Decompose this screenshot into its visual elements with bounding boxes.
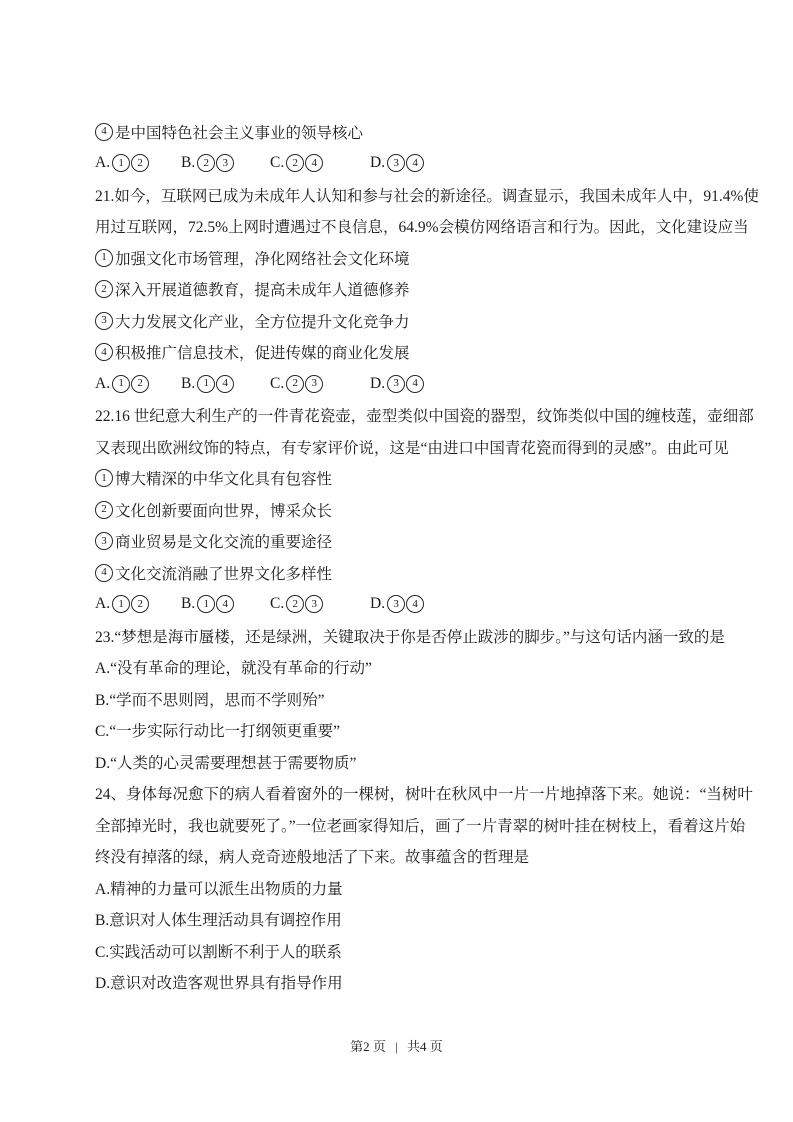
statement-text: 博大精深的中华文化具有包容性 <box>115 467 332 489</box>
statement-text: 积极推广信息技术，促进传媒的商业化发展 <box>115 341 410 363</box>
option-label: B. <box>181 595 195 613</box>
answer-options-line: A.12B.14C.23D.34 <box>95 368 707 400</box>
circled-number-icon: 3 <box>305 595 323 613</box>
circled-number-icon: 1 <box>95 249 113 267</box>
option-label: C. <box>270 375 284 393</box>
circled-number-icon: 2 <box>286 375 304 393</box>
option-label: A. <box>95 154 110 172</box>
statement-text: 加强文化市场管理，净化网络社会文化环境 <box>115 247 410 269</box>
option-label: C. <box>270 595 284 613</box>
statement-line: 4积极推广信息技术，促进传媒的商业化发展 <box>95 337 707 369</box>
answer-option: A.12 <box>95 154 181 172</box>
answer-option: D.34 <box>370 375 425 393</box>
statement-text: 深入开展道德教育，提高未成年人道德修养 <box>115 278 410 300</box>
question-list: 4是中国特色社会主义事业的领导核心A.12B.23C.24D.3421.如今，互… <box>95 116 707 998</box>
statement-line: 2深入开展道德教育，提高未成年人道德修养 <box>95 274 707 306</box>
paragraph-line: 终没有掉落的绿，病人竞奇迹般地活了下来。故事蕴含的哲理是 <box>95 841 707 873</box>
paragraph-line: B.“学而不思则罔，思而不学则殆” <box>95 683 707 715</box>
statement-text: 商业贸易是文化交流的重要途径 <box>115 530 332 552</box>
statement-line: 1博大精深的中华文化具有包容性 <box>95 463 707 495</box>
circled-number-icon: 4 <box>305 154 323 172</box>
circled-number-icon: 3 <box>216 154 234 172</box>
answer-option: B.23 <box>181 154 270 172</box>
circled-number-icon: 2 <box>286 595 304 613</box>
option-label: A. <box>95 595 110 613</box>
circled-number-icon: 1 <box>197 595 215 613</box>
circled-number-icon: 1 <box>197 375 215 393</box>
option-label: B. <box>181 375 195 393</box>
answer-option: C.23 <box>270 375 370 393</box>
circled-number-icon: 3 <box>305 375 323 393</box>
paragraph-line: 22.16 世纪意大利生产的一件青花瓷壶，壶型类似中国瓷的器型，纹饰类似中国的缠… <box>95 400 707 432</box>
option-label: B. <box>181 154 195 172</box>
answer-options-line: A.12B.14C.23D.34 <box>95 589 707 621</box>
statement-line: 4文化交流消融了世界文化多样性 <box>95 557 707 589</box>
circled-number-icon: 3 <box>95 312 113 330</box>
circled-number-icon: 2 <box>197 154 215 172</box>
page-footer: 第2 页 | 共4 页 <box>0 1036 793 1058</box>
paragraph-line: 又表现出欧洲纹饰的特点，有专家评价说，这是“由进口中国青花瓷而得到的灵感”。由此… <box>95 431 707 463</box>
circled-number-icon: 2 <box>95 501 113 519</box>
paragraph-line: A.精神的力量可以派生出物质的力量 <box>95 872 707 904</box>
circled-number-icon: 4 <box>216 595 234 613</box>
circled-number-icon: 1 <box>112 154 130 172</box>
circled-number-icon: 2 <box>286 154 304 172</box>
statement-line: 4是中国特色社会主义事业的领导核心 <box>95 116 707 148</box>
circled-number-icon: 4 <box>406 375 424 393</box>
circled-number-icon: 1 <box>112 595 130 613</box>
circled-number-icon: 4 <box>406 154 424 172</box>
circled-number-icon: 2 <box>131 154 149 172</box>
answer-option: A.12 <box>95 375 181 393</box>
circled-number-icon: 3 <box>387 154 405 172</box>
paragraph-line: A.“没有革命的理论，就没有革命的行动” <box>95 652 707 684</box>
paragraph-line: D.“人类的心灵需要理想甚于需要物质” <box>95 746 707 778</box>
answer-option: D.34 <box>370 154 425 172</box>
answer-option: C.23 <box>270 595 370 613</box>
statement-text: 文化创新要面向世界，博采众长 <box>115 499 332 521</box>
answer-option: D.34 <box>370 595 425 613</box>
option-label: D. <box>370 375 385 393</box>
statement-line: 3商业贸易是文化交流的重要途径 <box>95 526 707 558</box>
answer-option: C.24 <box>270 154 370 172</box>
paragraph-line: C.实践活动可以割断不利于人的联系 <box>95 935 707 967</box>
circled-number-icon: 4 <box>95 343 113 361</box>
statement-text: 文化交流消融了世界文化多样性 <box>115 562 332 584</box>
footer-current-page: 第2 页 <box>350 1039 386 1054</box>
circled-number-icon: 3 <box>387 375 405 393</box>
option-label: D. <box>370 595 385 613</box>
circled-number-icon: 1 <box>95 469 113 487</box>
footer-total-pages: 共4 页 <box>407 1039 443 1054</box>
answer-option: B.14 <box>181 595 270 613</box>
circled-number-icon: 4 <box>216 375 234 393</box>
option-label: D. <box>370 154 385 172</box>
statement-line: 1加强文化市场管理，净化网络社会文化环境 <box>95 242 707 274</box>
paragraph-line: 用过互联网，72.5%上网时遭遇过不良信息，64.9%会模仿网络语言和行为。因此… <box>95 211 707 243</box>
circled-number-icon: 4 <box>95 564 113 582</box>
circled-number-icon: 3 <box>387 595 405 613</box>
statement-text: 大力发展文化产业，全方位提升文化竞争力 <box>115 310 410 332</box>
paragraph-line: 23.“梦想是海市蜃楼，还是绿洲，关键取决于你是否停止跋涉的脚步。”与这句话内涵… <box>95 620 707 652</box>
circled-number-icon: 2 <box>131 375 149 393</box>
paragraph-line: B.意识对人体生理活动具有调控作用 <box>95 904 707 936</box>
answer-option: A.12 <box>95 595 181 613</box>
answer-option: B.14 <box>181 375 270 393</box>
statement-line: 2文化创新要面向世界，博采众长 <box>95 494 707 526</box>
paragraph-line: 24、身体每况愈下的病人看着窗外的一棵树，树叶在秋风中一片一片地掉落下来。她说：… <box>95 778 707 810</box>
circled-number-icon: 1 <box>112 375 130 393</box>
footer-page-separator: | <box>395 1039 398 1054</box>
option-label: A. <box>95 375 110 393</box>
paragraph-line: 全部掉光时，我也就要死了。”一位老画家得知后，画了一片青翠的树叶挂在树枝上，看着… <box>95 809 707 841</box>
circled-number-icon: 2 <box>131 595 149 613</box>
statement-line: 3大力发展文化产业，全方位提升文化竞争力 <box>95 305 707 337</box>
paragraph-line: D.意识对改造客观世界具有指导作用 <box>95 967 707 999</box>
answer-options-line: A.12B.23C.24D.34 <box>95 148 707 180</box>
circled-number-icon: 3 <box>95 532 113 550</box>
statement-text: 是中国特色社会主义事业的领导核心 <box>115 121 363 143</box>
option-label: C. <box>270 154 284 172</box>
circled-number-icon: 2 <box>95 280 113 298</box>
circled-number-icon: 4 <box>95 123 113 141</box>
circled-number-icon: 4 <box>406 595 424 613</box>
paragraph-line: 21.如今，互联网已成为未成年人认知和参与社会的新途径。调查显示，我国未成年人中… <box>95 179 707 211</box>
paragraph-line: C.“一步实际行动比一打纲领更重要” <box>95 715 707 747</box>
exam-page: 4是中国特色社会主义事业的领导核心A.12B.23C.24D.3421.如今，互… <box>0 0 793 1122</box>
